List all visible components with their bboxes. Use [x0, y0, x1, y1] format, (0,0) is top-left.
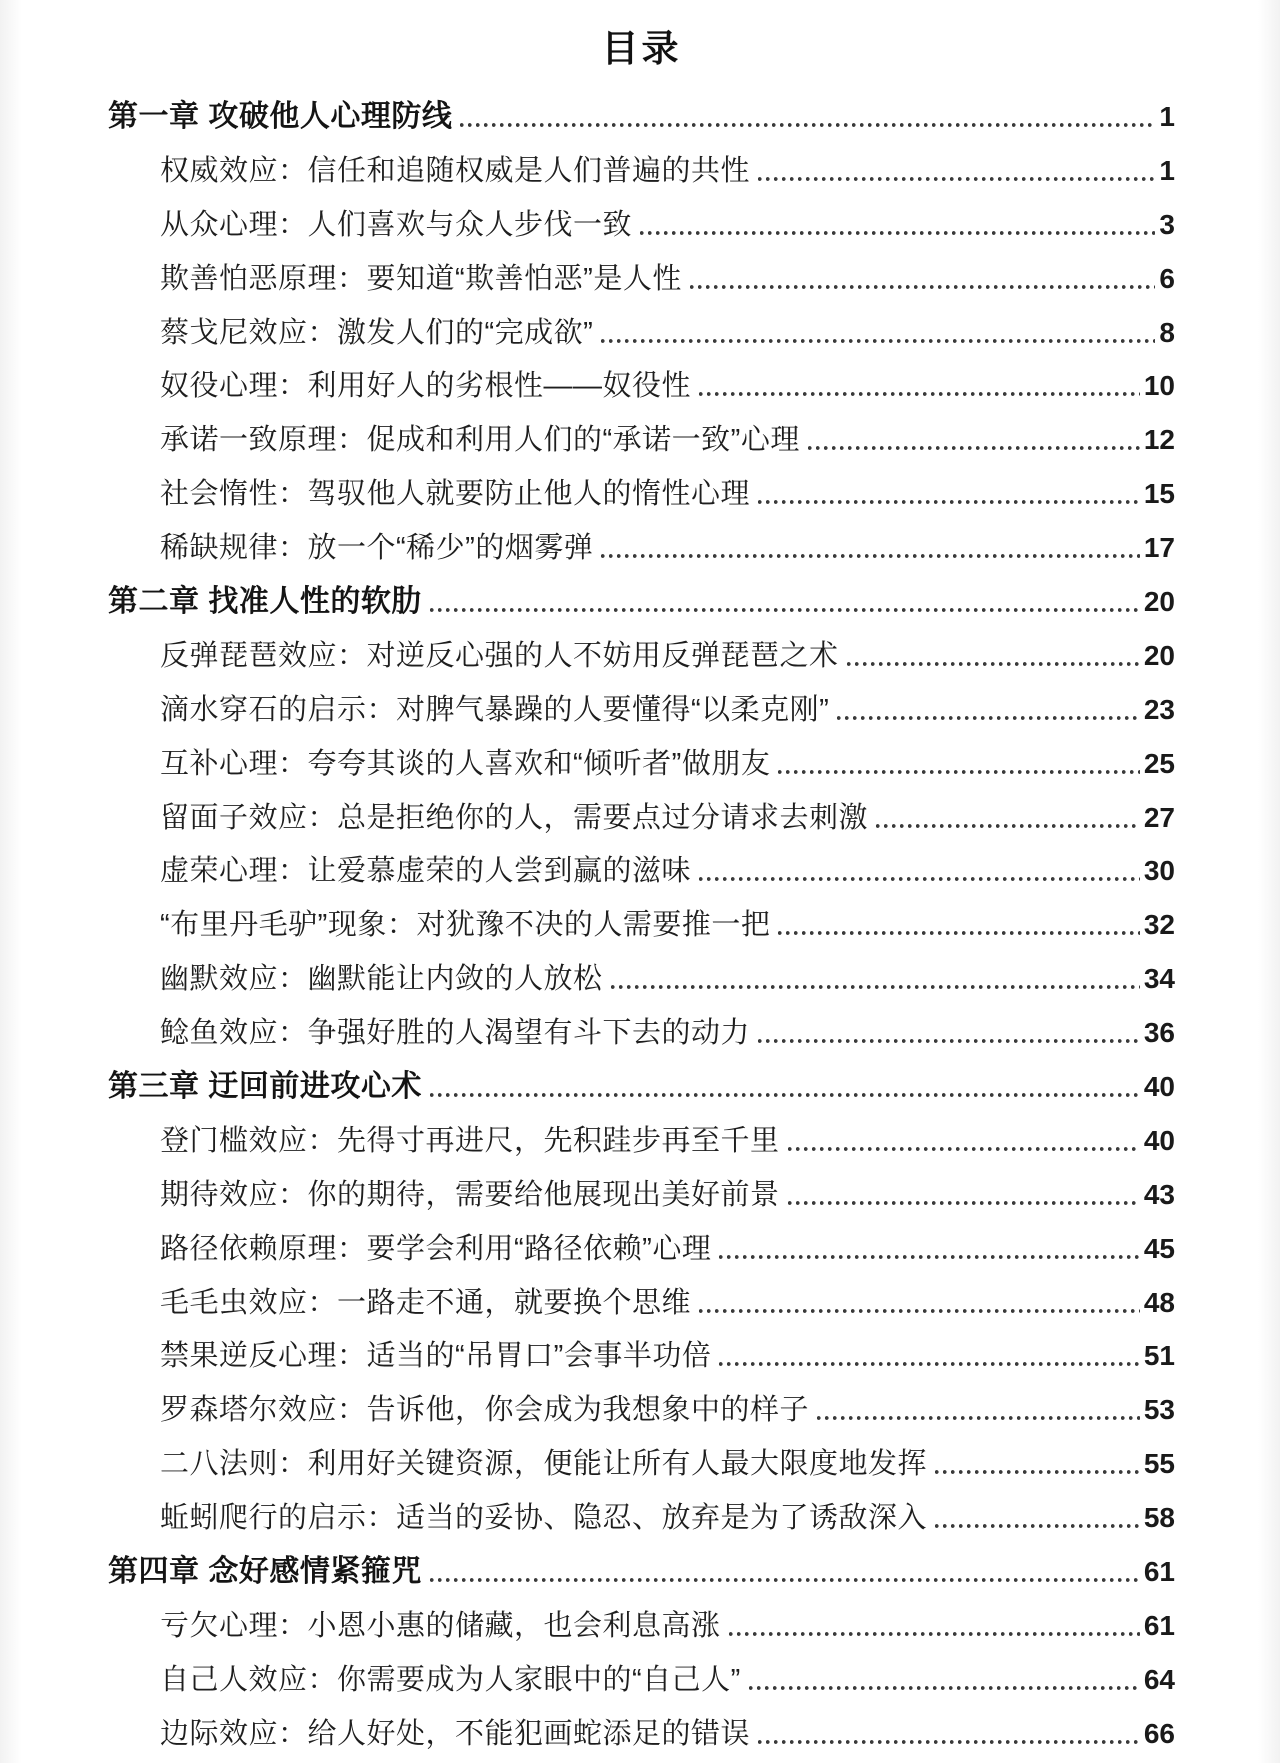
toc-entry: 权威效应：信任和追随权威是人们普遍的共性 1 — [108, 144, 1175, 198]
toc-entry-title: 蚯蚓爬行的启示：适当的妥协、隐忍、放弃是为了诱敌深入 — [160, 1492, 927, 1545]
toc-entry-page-number: 1 — [1159, 90, 1175, 144]
dot-leader — [719, 1362, 1140, 1366]
dot-leader — [699, 392, 1140, 396]
toc-entry-title: 毛毛虫效应：一路走不通，就要换个思维 — [160, 1277, 691, 1330]
toc-entry: 第一章 攻破他人心理防线 1 — [108, 90, 1175, 144]
toc-entry-page-number: 58 — [1144, 1491, 1175, 1545]
toc-entry: 亏欠心理：小恩小惠的储藏，也会利息高涨 61 — [108, 1599, 1175, 1653]
toc-entry-title: 亏欠心理：小恩小惠的储藏，也会利息高涨 — [160, 1600, 721, 1653]
toc-entry-title: 反弹琵琶效应：对逆反心强的人不妨用反弹琵琶之术 — [160, 630, 839, 683]
dot-leader — [837, 716, 1140, 720]
toc-entry-page-number: 43 — [1144, 1168, 1175, 1222]
toc-entry-title: 承诺一致原理：促成和利用人们的“承诺一致”心理 — [160, 414, 800, 467]
toc-entry: 第四章 念好感情紧箍咒 61 — [108, 1545, 1175, 1599]
toc-entry-page-number: 17 — [1144, 521, 1175, 575]
toc-entry: 稀缺规律：放一个“稀少”的烟雾弹 17 — [108, 521, 1175, 575]
dot-leader — [876, 824, 1140, 828]
toc-entry: “布里丹毛驴”现象：对犹豫不决的人需要推一把 32 — [108, 898, 1175, 952]
toc-entry-title: 欺善怕恶原理：要知道“欺善怕恶”是人性 — [160, 253, 682, 306]
dot-leader — [690, 285, 1156, 289]
toc-entry: 幽默效应：幽默能让内敛的人放松 34 — [108, 952, 1175, 1006]
toc-entry-title: 鲶鱼效应：争强好胜的人渴望有斗下去的动力 — [160, 1007, 750, 1060]
dot-leader — [758, 177, 1155, 181]
toc-entry-title: 留面子效应：总是拒绝你的人，需要点过分请求去刺激 — [160, 792, 868, 845]
toc-entry-title: 边际效应：给人好处，不能犯画蛇添足的错误 — [160, 1708, 750, 1761]
toc-entry-page-number: 12 — [1144, 413, 1175, 467]
toc-entry-title: 滴水穿石的启示：对脾气暴躁的人要懂得“以柔克刚” — [160, 684, 829, 737]
toc-list: 第一章 攻破他人心理防线 1 权威效应：信任和追随权威是人们普遍的共性 1 从众… — [108, 90, 1175, 1761]
toc-entry: 社会惰性：驾驭他人就要防止他人的惰性心理 15 — [108, 467, 1175, 521]
toc-entry: 欺善怕恶原理：要知道“欺善怕恶”是人性 6 — [108, 252, 1175, 306]
toc-entry-page-number: 15 — [1144, 467, 1175, 521]
dot-leader — [935, 1524, 1140, 1528]
toc-entry: 二八法则：利用好关键资源，便能让所有人最大限度地发挥 55 — [108, 1437, 1175, 1491]
toc-entry: 边际效应：给人好处，不能犯画蛇添足的错误 66 — [108, 1707, 1175, 1761]
toc-entry: 虚荣心理：让爱慕虚荣的人尝到赢的滋味 30 — [108, 844, 1175, 898]
toc-entry: 蚯蚓爬行的启示：适当的妥协、隐忍、放弃是为了诱敌深入 58 — [108, 1491, 1175, 1545]
toc-entry-title: 二八法则：利用好关键资源，便能让所有人最大限度地发挥 — [160, 1438, 927, 1491]
toc-entry-page-number: 40 — [1144, 1114, 1175, 1168]
toc-entry-page-number: 30 — [1144, 844, 1175, 898]
toc-entry-title: 蔡戈尼效应：激发人们的“完成欲” — [160, 307, 593, 360]
toc-entry-title: 社会惰性：驾驭他人就要防止他人的惰性心理 — [160, 468, 750, 521]
toc-entry-page-number: 20 — [1144, 629, 1175, 683]
dot-leader — [729, 1632, 1140, 1636]
toc-entry-page-number: 20 — [1144, 575, 1175, 629]
toc-entry: 登门槛效应：先得寸再进尺，先积跬步再至千里 40 — [108, 1114, 1175, 1168]
toc-entry-page-number: 45 — [1144, 1222, 1175, 1276]
dot-leader — [640, 231, 1155, 235]
dot-leader — [778, 931, 1140, 935]
dot-leader — [611, 985, 1140, 989]
toc-entry-page-number: 27 — [1144, 791, 1175, 845]
dot-leader — [601, 554, 1140, 558]
dot-leader — [817, 1416, 1140, 1420]
toc-entry-page-number: 23 — [1144, 683, 1175, 737]
dot-leader — [808, 446, 1140, 450]
toc-entry-title: 第四章 念好感情紧箍咒 — [108, 1545, 422, 1599]
toc-entry-title: 自己人效应：你需要成为人家眼中的“自己人” — [160, 1654, 741, 1707]
dot-leader — [430, 1093, 1140, 1097]
toc-entry-page-number: 8 — [1159, 306, 1175, 360]
toc-entry-page-number: 10 — [1144, 359, 1175, 413]
toc-entry-title: 第一章 攻破他人心理防线 — [108, 90, 452, 144]
dot-leader — [699, 877, 1140, 881]
toc-entry-title: 奴役心理：利用好人的劣根性——奴役性 — [160, 360, 691, 413]
toc-entry-title: “布里丹毛驴”现象：对犹豫不决的人需要推一把 — [160, 899, 770, 952]
toc-entry: 滴水穿石的启示：对脾气暴躁的人要懂得“以柔克刚” 23 — [108, 683, 1175, 737]
toc-entry: 毛毛虫效应：一路走不通，就要换个思维 48 — [108, 1276, 1175, 1330]
toc-entry-page-number: 36 — [1144, 1006, 1175, 1060]
toc-entry-page-number: 34 — [1144, 952, 1175, 1006]
toc-entry-title: 期待效应：你的期待，需要给他展现出美好前景 — [160, 1169, 780, 1222]
toc-entry-title: 路径依赖原理：要学会利用“路径依赖”心理 — [160, 1223, 711, 1276]
dot-leader — [719, 1255, 1140, 1259]
toc-entry: 期待效应：你的期待，需要给他展现出美好前景 43 — [108, 1168, 1175, 1222]
dot-leader — [749, 1686, 1140, 1690]
toc-entry-page-number: 40 — [1144, 1060, 1175, 1114]
dot-leader — [430, 1578, 1140, 1582]
toc-entry-page-number: 1 — [1159, 144, 1175, 198]
dot-leader — [935, 1470, 1140, 1474]
toc-entry-title: 虚荣心理：让爱慕虚荣的人尝到赢的滋味 — [160, 845, 691, 898]
dot-leader — [788, 1201, 1140, 1205]
toc-entry: 承诺一致原理：促成和利用人们的“承诺一致”心理 12 — [108, 413, 1175, 467]
toc-entry-title: 第二章 找准人性的软肋 — [108, 575, 422, 629]
toc-entry: 第三章 迂回前进攻心术 40 — [108, 1060, 1175, 1114]
toc-entry: 鲶鱼效应：争强好胜的人渴望有斗下去的动力 36 — [108, 1006, 1175, 1060]
toc-entry-page-number: 51 — [1144, 1329, 1175, 1383]
toc-entry-title: 幽默效应：幽默能让内敛的人放松 — [160, 953, 603, 1006]
dot-leader — [601, 339, 1155, 343]
toc-entry-page-number: 3 — [1159, 198, 1175, 252]
dot-leader — [758, 500, 1140, 504]
dot-leader — [758, 1039, 1140, 1043]
toc-entry-page-number: 61 — [1144, 1545, 1175, 1599]
toc-entry: 自己人效应：你需要成为人家眼中的“自己人” 64 — [108, 1653, 1175, 1707]
dot-leader — [430, 608, 1140, 612]
toc-entry-title: 稀缺规律：放一个“稀少”的烟雾弹 — [160, 522, 593, 575]
toc-entry: 互补心理：夸夸其谈的人喜欢和“倾听者”做朋友 25 — [108, 737, 1175, 791]
page-title: 目录 — [108, 24, 1175, 74]
toc-entry: 禁果逆反心理：适当的“吊胃口”会事半功倍 51 — [108, 1329, 1175, 1383]
dot-leader — [778, 770, 1140, 774]
toc-entry: 反弹琵琶效应：对逆反心强的人不妨用反弹琵琶之术 20 — [108, 629, 1175, 683]
toc-entry-title: 禁果逆反心理：适当的“吊胃口”会事半功倍 — [160, 1330, 711, 1383]
toc-entry-page-number: 6 — [1159, 252, 1175, 306]
dot-leader — [699, 1309, 1140, 1313]
toc-entry-page-number: 55 — [1144, 1437, 1175, 1491]
toc-entry-title: 互补心理：夸夸其谈的人喜欢和“倾听者”做朋友 — [160, 738, 770, 791]
dot-leader — [460, 123, 1155, 127]
toc-entry-page-number: 64 — [1144, 1653, 1175, 1707]
toc-entry-title: 第三章 迂回前进攻心术 — [108, 1060, 422, 1114]
toc-entry: 罗森塔尔效应：告诉他，你会成为我想象中的样子 53 — [108, 1383, 1175, 1437]
toc-entry-title: 从众心理：人们喜欢与众人步伐一致 — [160, 199, 632, 252]
toc-entry-page-number: 32 — [1144, 898, 1175, 952]
dot-leader — [847, 662, 1140, 666]
toc-entry: 蔡戈尼效应：激发人们的“完成欲” 8 — [108, 306, 1175, 360]
toc-entry-page-number: 25 — [1144, 737, 1175, 791]
toc-entry: 奴役心理：利用好人的劣根性——奴役性 10 — [108, 359, 1175, 413]
dot-leader — [758, 1740, 1140, 1744]
toc-page: 目录 第一章 攻破他人心理防线 1 权威效应：信任和追随权威是人们普遍的共性 1… — [0, 0, 1280, 1763]
toc-entry: 留面子效应：总是拒绝你的人，需要点过分请求去刺激 27 — [108, 791, 1175, 845]
toc-entry-page-number: 66 — [1144, 1707, 1175, 1761]
dot-leader — [788, 1147, 1140, 1151]
toc-entry-page-number: 48 — [1144, 1276, 1175, 1330]
toc-entry-page-number: 61 — [1144, 1599, 1175, 1653]
toc-entry-title: 罗森塔尔效应：告诉他，你会成为我想象中的样子 — [160, 1384, 809, 1437]
toc-entry-title: 登门槛效应：先得寸再进尺，先积跬步再至千里 — [160, 1115, 780, 1168]
toc-entry: 路径依赖原理：要学会利用“路径依赖”心理 45 — [108, 1222, 1175, 1276]
toc-entry-page-number: 53 — [1144, 1383, 1175, 1437]
toc-entry: 从众心理：人们喜欢与众人步伐一致 3 — [108, 198, 1175, 252]
toc-entry-title: 权威效应：信任和追随权威是人们普遍的共性 — [160, 145, 750, 198]
toc-entry: 第二章 找准人性的软肋 20 — [108, 575, 1175, 629]
